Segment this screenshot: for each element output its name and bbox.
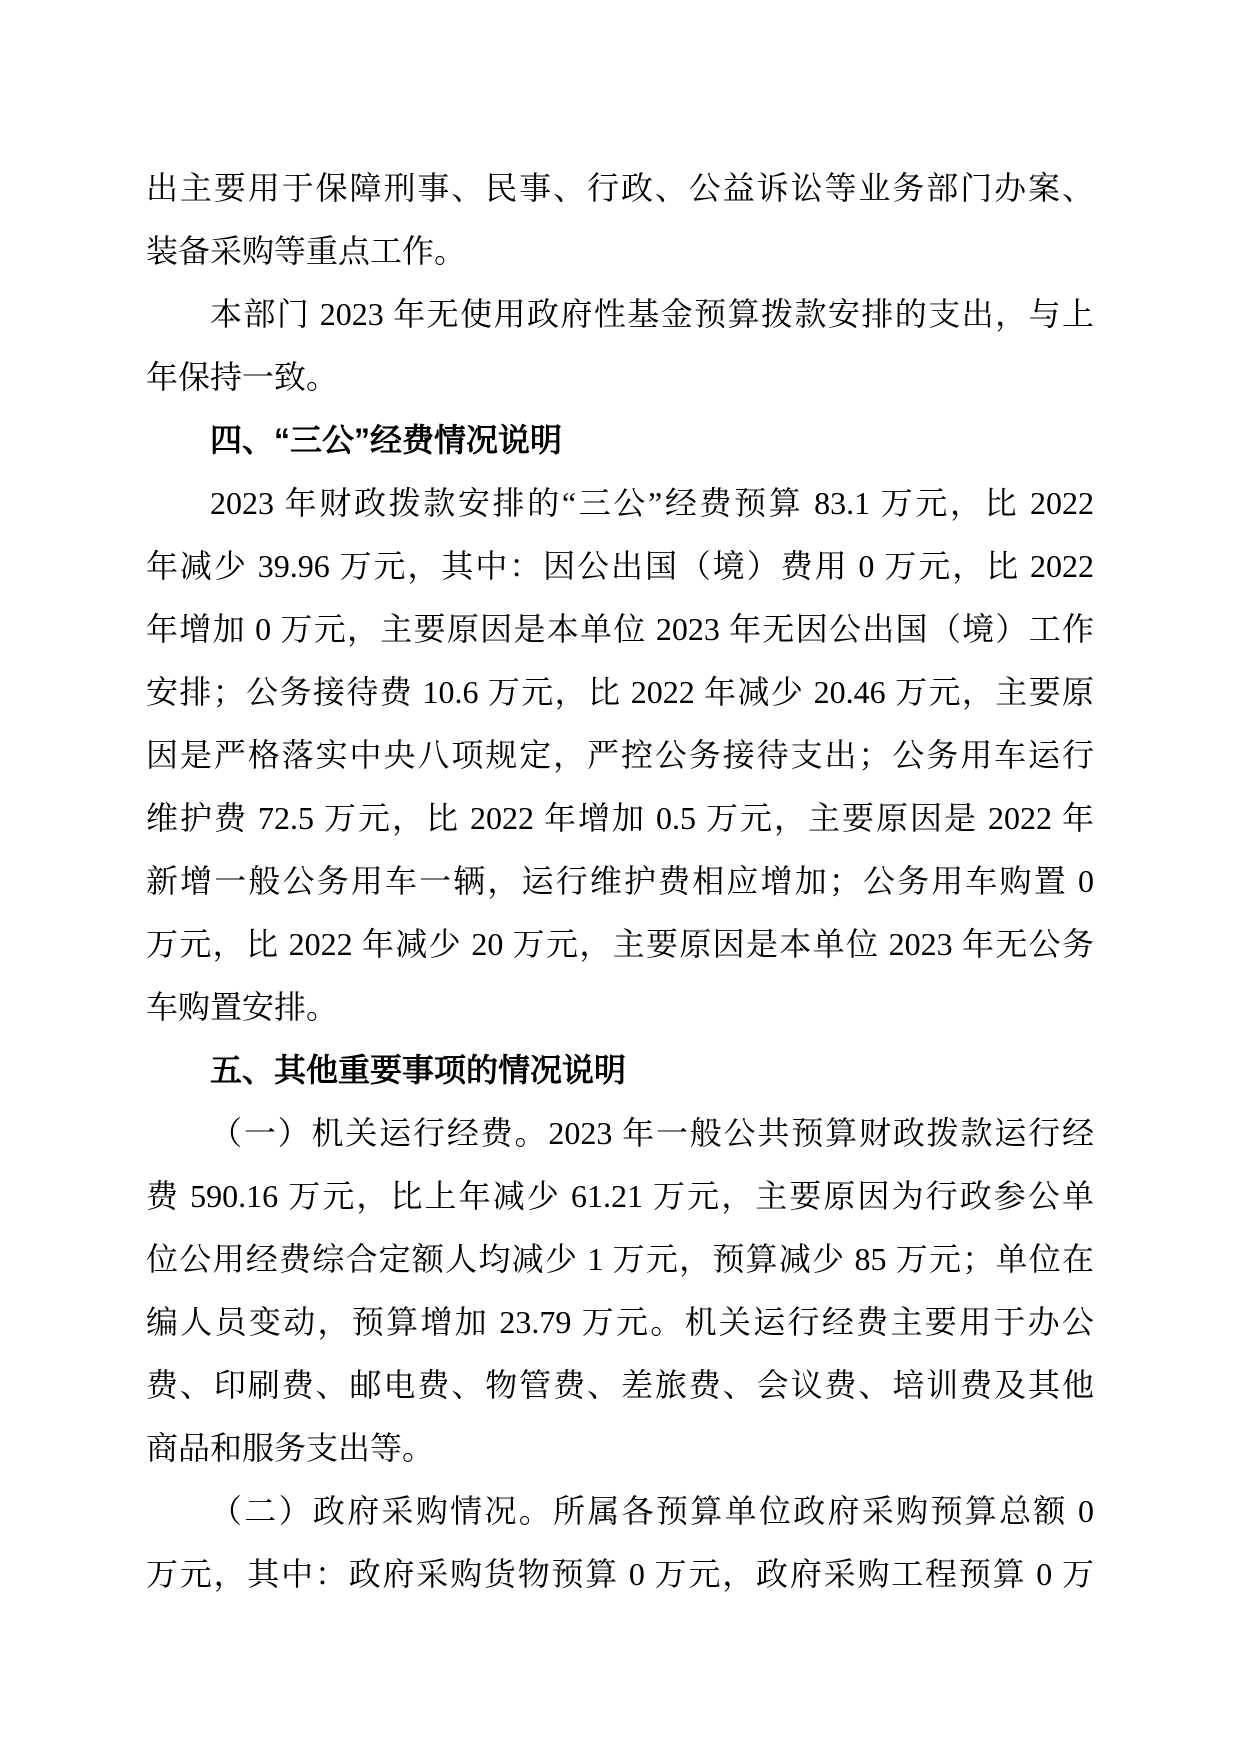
section-heading-4: 四、“三公”经费情况说明 [146, 409, 1094, 472]
text-line: 商品和服务支出等。 [146, 1417, 1094, 1480]
text-block: 出主要用于保障刑事、民事、行政、公益诉讼等业务部门办案、 装备采购等重点工作。 … [146, 157, 1094, 1606]
text-line: 费 590.16 万元，比上年减少 61.21 万元，主要原因为行政参公单 [146, 1165, 1094, 1228]
text-line: 本部门 2023 年无使用政府性基金预算拨款安排的支出，与上 [146, 283, 1094, 346]
text-line: 万元，比 2022 年减少 20 万元，主要原因是本单位 2023 年无公务 [146, 913, 1094, 976]
text-line: 编人员变动，预算增加 23.79 万元。机关运行经费主要用于办公 [146, 1291, 1094, 1354]
text-line: 费、印刷费、邮电费、物管费、差旅费、会议费、培训费及其他 [146, 1354, 1094, 1417]
text-line: 因是严格落实中央八项规定，严控公务接待支出；公务用车运行 [146, 724, 1094, 787]
text-line: 位公用经费综合定额人均减少 1 万元，预算减少 85 万元；单位在 [146, 1228, 1094, 1291]
text-line: 安排；公务接待费 10.6 万元，比 2022 年减少 20.46 万元，主要原 [146, 661, 1094, 724]
text-line: 维护费 72.5 万元，比 2022 年增加 0.5 万元，主要原因是 2022… [146, 787, 1094, 850]
document-page: 出主要用于保障刑事、民事、行政、公益诉讼等业务部门办案、 装备采购等重点工作。 … [0, 0, 1241, 1754]
text-line: 年保持一致。 [146, 346, 1094, 409]
text-line: 出主要用于保障刑事、民事、行政、公益诉讼等业务部门办案、 [146, 157, 1094, 220]
text-line: 年减少 39.96 万元，其中：因公出国（境）费用 0 万元，比 2022 [146, 535, 1094, 598]
section-heading-5: 五、其他重要事项的情况说明 [146, 1039, 1094, 1102]
text-line: 万元，其中：政府采购货物预算 0 万元，政府采购工程预算 0 万 [146, 1543, 1094, 1606]
text-line: 年增加 0 万元，主要原因是本单位 2023 年无因公出国（境）工作 [146, 598, 1094, 661]
text-line: 车购置安排。 [146, 976, 1094, 1039]
text-line: （二）政府采购情况。所属各预算单位政府采购预算总额 0 [146, 1480, 1094, 1543]
text-line: 2023 年财政拨款安排的“三公”经费预算 83.1 万元，比 2022 [146, 472, 1094, 535]
text-line: 新增一般公务用车一辆，运行维护费相应增加；公务用车购置 0 [146, 850, 1094, 913]
text-line: 装备采购等重点工作。 [146, 220, 1094, 283]
text-line: （一）机关运行经费。2023 年一般公共预算财政拨款运行经 [146, 1102, 1094, 1165]
